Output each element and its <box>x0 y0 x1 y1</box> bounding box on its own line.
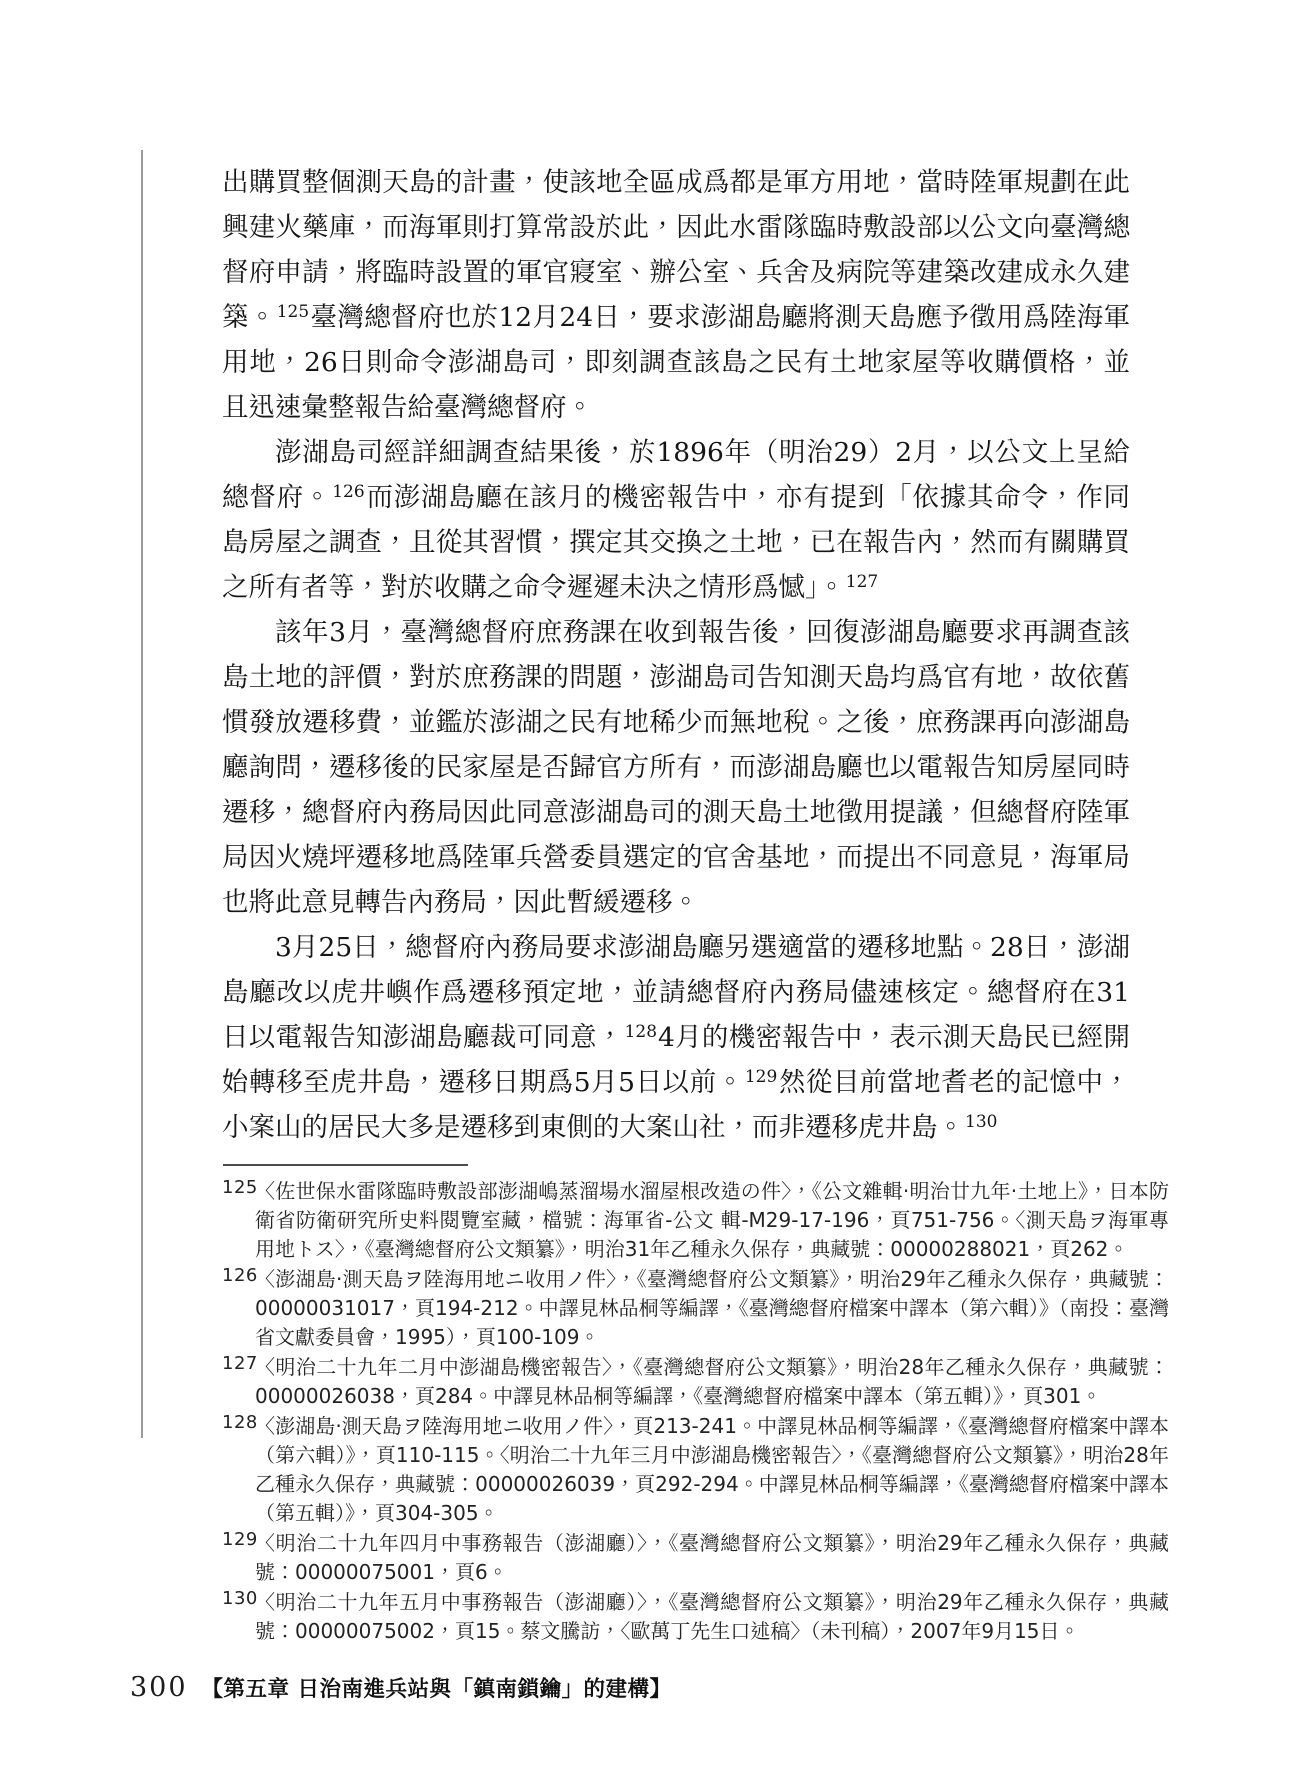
body-paragraph-1: 出購買整個測天島的計畫，使該地全區成爲都是軍方用地，當時陸軍規劃在此興建火藥庫，… <box>222 160 1130 430</box>
footnote-ref-128: 128 <box>624 1022 658 1042</box>
body-paragraph-2: 澎湖島司經詳細調查結果後，於1896年（明治29）2月，以公文上呈給總督府。12… <box>222 430 1130 610</box>
footnote-ref-125: 125 <box>276 302 310 322</box>
page-footer: 300 【第五章 日治南進兵站與「鎮南鎖鑰」的建構】 <box>130 1672 672 1703</box>
footnote-text: 〈佐世保水雷隊臨時敷設部澎湖嶋蒸溜場水溜屋根改造の件〉，《公文雜輯‧明治廿九年‧… <box>255 1179 1169 1261</box>
footnote-126: 126〈澎湖島‧測天島ヲ陸海用地ニ收用ノ件〉，《臺灣總督府公文類纂》，明治29年… <box>222 1265 1169 1352</box>
footnotes-block: 125〈佐世保水雷隊臨時敷設部澎湖嶋蒸溜場水溜屋根改造の件〉，《公文雜輯‧明治廿… <box>222 1164 1169 1647</box>
book-page: 出購買整個測天島的計畫，使該地全區成爲都是軍方用地，當時陸軍規劃在此興建火藥庫，… <box>0 0 1300 1778</box>
footnote-ref-130: 130 <box>964 1112 998 1132</box>
text-segment: 臺灣總督府也於12月24日，要求澎湖島廳將測天島應予徵用爲陸海軍用地，26日則命… <box>222 302 1130 423</box>
footnote-127: 127〈明治二十九年二月中澎湖島機密報告〉，《臺灣總督府公文類纂》，明治28年乙… <box>222 1353 1169 1411</box>
footnote-number: 128 <box>222 1408 258 1437</box>
body-text-block: 出購買整個測天島的計畫，使該地全區成爲都是軍方用地，當時陸軍規劃在此興建火藥庫，… <box>222 160 1130 1150</box>
footnote-number: 127 <box>222 1349 258 1378</box>
chapter-title: 【第五章 日治南進兵站與「鎮南鎖鑰」的建構】 <box>202 1672 672 1703</box>
footnote-125: 125〈佐世保水雷隊臨時敷設部澎湖嶋蒸溜場水溜屋根改造の件〉，《公文雜輯‧明治廿… <box>222 1177 1169 1264</box>
footnote-number: 130 <box>222 1584 258 1613</box>
footnote-number: 126 <box>222 1261 258 1290</box>
footnote-text: 〈明治二十九年五月中事務報告（澎湖廳）〉，《臺灣總督府公文類纂》，明治29年乙種… <box>255 1590 1169 1643</box>
page-number: 300 <box>130 1672 188 1703</box>
footnote-128: 128〈澎湖島‧測天島ヲ陸海用地ニ收用ノ件〉，頁213-241。中譯見林品桐等編… <box>222 1412 1169 1528</box>
body-paragraph-3: 該年3月，臺灣總督府庶務課在收到報告後，回復澎湖島廳要求再調查該島土地的評價，對… <box>222 610 1130 925</box>
footnote-number: 129 <box>222 1525 258 1554</box>
text-segment: 該年3月，臺灣總督府庶務課在收到報告後，回復澎湖島廳要求再調查該島土地的評價，對… <box>222 617 1130 918</box>
footnote-130: 130〈明治二十九年五月中事務報告（澎湖廳）〉，《臺灣總督府公文類纂》，明治29… <box>222 1588 1169 1646</box>
footnote-129: 129〈明治二十九年四月中事務報告（澎湖廳）〉，《臺灣總督府公文類纂》，明治29… <box>222 1529 1169 1587</box>
footnote-text: 〈明治二十九年二月中澎湖島機密報告〉，《臺灣總督府公文類纂》，明治28年乙種永久… <box>255 1355 1169 1408</box>
footnote-separator <box>223 1164 468 1166</box>
body-paragraph-4: 3月25日，總督府內務局要求澎湖島廳另選適當的遷移地點。28日，澎湖島廳改以虎井… <box>222 925 1130 1150</box>
footnote-ref-129: 129 <box>744 1067 778 1087</box>
left-margin-rule <box>141 150 143 1438</box>
footnote-text: 〈澎湖島‧測天島ヲ陸海用地ニ收用ノ件〉，頁213-241。中譯見林品桐等編譯，《… <box>255 1414 1169 1525</box>
footnote-text: 〈明治二十九年四月中事務報告（澎湖廳）〉，《臺灣總督府公文類纂》，明治29年乙種… <box>255 1531 1169 1584</box>
footnote-number: 125 <box>222 1173 258 1202</box>
footnote-ref-126: 126 <box>331 482 365 502</box>
footnote-text: 〈澎湖島‧測天島ヲ陸海用地ニ收用ノ件〉，《臺灣總督府公文類纂》，明治29年乙種永… <box>255 1267 1169 1349</box>
footnote-ref-127: 127 <box>845 572 879 592</box>
